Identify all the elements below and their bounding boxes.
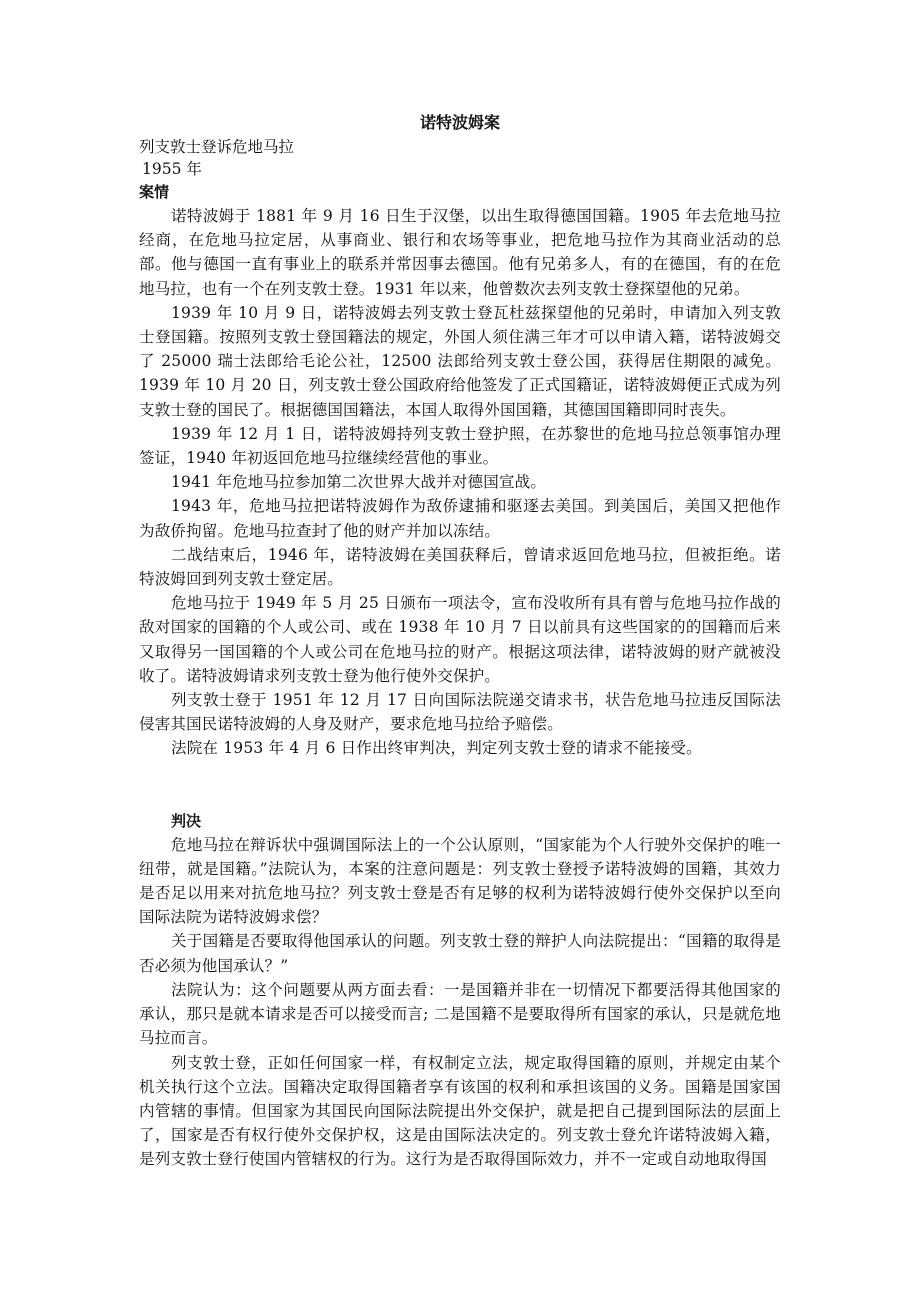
paragraph: 1943 年，危地马拉把诺特波姆作为敌侨逮捕和驱逐去美国。到美国后，美国又把他作…	[139, 494, 781, 542]
paragraph: 关于国籍是否要取得他国承认的问题。列支敦士登的辩护人向法院提出：“国籍的取得是否…	[139, 929, 781, 977]
section-spacer	[139, 761, 781, 809]
paragraph: 列支敦士登于 1951 年 12 月 17 日向国际法院递交请求书，状告危地马拉…	[139, 688, 781, 736]
paragraph: 二战结束后，1946 年，诺特波姆在美国获释后，曾请求返回危地马拉，但被拒绝。诺…	[139, 543, 781, 591]
case-parties: 列支敦士登诉危地马拉	[139, 136, 781, 158]
section-heading-facts: 案情	[139, 180, 781, 204]
paragraph: 诺特波姆于 1881 年 9 月 16 日生于汉堡，以出生取得德国国籍。1905…	[139, 204, 781, 301]
section-facts-body: 诺特波姆于 1881 年 9 月 16 日生于汉堡，以出生取得德国国籍。1905…	[139, 204, 781, 761]
paragraph: 危地马拉在辩诉状中强调国际法上的一个公认原则，“国家能为个人行驶外交保护的唯一纽…	[139, 833, 781, 930]
paragraph: 1939 年 12 月 1 日，诺特波姆持列支敦士登护照，在苏黎世的危地马拉总领…	[139, 422, 781, 470]
paragraph: 危地马拉于 1949 年 5 月 25 日颁布一项法令，宣布没收所有具有曾与危地…	[139, 591, 781, 688]
section-heading-judgment: 判决	[139, 809, 781, 833]
paragraph: 1941 年危地马拉参加第二次世界大战并对德国宣战。	[139, 470, 781, 494]
document-title: 诺特波姆案	[139, 110, 781, 136]
paragraph: 1939 年 10 月 9 日，诺特波姆去列支敦士登瓦杜兹探望他的兄弟时，申请加…	[139, 301, 781, 422]
paragraph: 法院认为：这个问题要从两方面去看：一是国籍并非在一切情况下都要活得其他国家的承认…	[139, 978, 781, 1051]
paragraph: 法院在 1953 年 4 月 6 日作出终审判决，判定列支敦士登的请求不能接受。	[139, 736, 781, 760]
paragraph: 列支敦士登，正如任何国家一样，有权制定立法，规定取得国籍的原则，并规定由某个机关…	[139, 1051, 781, 1172]
section-judgment-body: 危地马拉在辩诉状中强调国际法上的一个公认原则，“国家能为个人行驶外交保护的唯一纽…	[139, 833, 781, 1172]
case-year: 1955 年	[139, 158, 781, 180]
document-page: 诺特波姆案 列支敦士登诉危地马拉 1955 年 案情 诺特波姆于 1881 年 …	[139, 110, 781, 1172]
